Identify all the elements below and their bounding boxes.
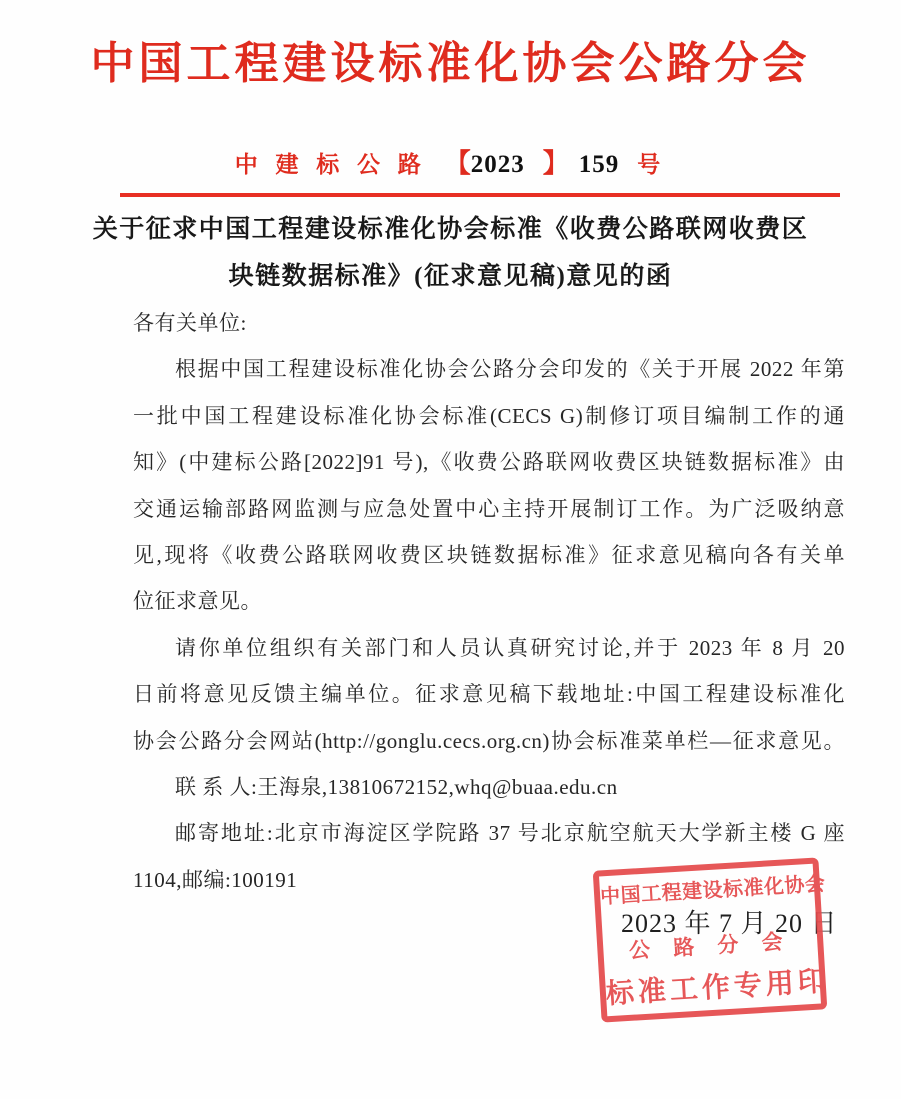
document-title-line2: 块链数据标准》(征求意见稿)意见的函 <box>90 253 811 300</box>
body-line: 日前将意见反馈主编单位。征求意见稿下载地址:中国工程建设标准化 <box>133 671 845 717</box>
letterhead-org-name: 中国工程建设标准化协会公路分会 <box>0 27 901 91</box>
scanned-official-letter: 中国工程建设标准化协会公路分会 中 建 标 公 路【2023】159号 关于征求… <box>0 0 901 1099</box>
body-line: 知》(中建标公路[2022]91 号),《收费公路联网收费区块链数据标准》由 <box>133 439 845 485</box>
official-seal-stamp: 中国工程建设标准化协会 公 路 分 会 标准工作专用印 <box>593 857 828 1022</box>
body-line: 位征求意见。 <box>133 578 845 624</box>
body-line: 交通运输部路网监测与应急处置中心主持开展制订工作。为广泛吸纳意 <box>133 486 845 532</box>
letter-body: 各有关单位: 根据中国工程建设标准化协会公路分会印发的《关于开展 2022 年第… <box>133 300 845 903</box>
seal-purpose: 标准工作专用印 <box>605 960 821 1013</box>
document-title: 关于征求中国工程建设标准化协会标准《收费公路联网收费区 块链数据标准》(征求意见… <box>90 206 811 300</box>
doc-number-serial: 159 <box>579 151 620 178</box>
seal-org-name: 中国工程建设标准化协会 <box>599 868 814 910</box>
body-line: 根据中国工程建设标准化协会公路分会印发的《关于开展 2022 年第 <box>133 346 845 392</box>
document-number: 中 建 标 公 路【2023】159号 <box>0 149 901 180</box>
doc-number-open-bracket: 【 <box>445 149 471 178</box>
doc-number-close-bracket: 】 <box>543 149 569 178</box>
body-line-website: 协会公路分会网站(http://gonglu.cecs.org.cn)协会标准菜… <box>133 718 845 764</box>
body-line-salutation: 各有关单位: <box>133 300 845 346</box>
letterhead-divider-rule <box>120 193 840 197</box>
body-line: 请你单位组织有关部门和人员认真研究讨论,并于 2023 年 8 月 20 <box>133 625 845 671</box>
body-line-contact: 联 系 人:王海泉,13810672152,whq@buaa.edu.cn <box>133 764 845 810</box>
document-title-line1: 关于征求中国工程建设标准化协会标准《收费公路联网收费区 <box>90 206 811 253</box>
body-line: 一批中国工程建设标准化协会标准(CECS G)制修订项目编制工作的通 <box>133 393 845 439</box>
seal-branch-name: 公 路 分 会 <box>603 924 818 967</box>
body-line: 见,现将《收费公路联网收费区块链数据标准》征求意见稿向各有关单 <box>133 532 845 578</box>
body-line-address: 邮寄地址:北京市海淀区学院路 37 号北京航空航天大学新主楼 G 座 <box>133 810 845 856</box>
doc-number-prefix: 中 建 标 公 路 <box>235 152 427 177</box>
doc-number-year: 2023 <box>471 151 525 178</box>
doc-number-suffix: 号 <box>637 152 666 177</box>
